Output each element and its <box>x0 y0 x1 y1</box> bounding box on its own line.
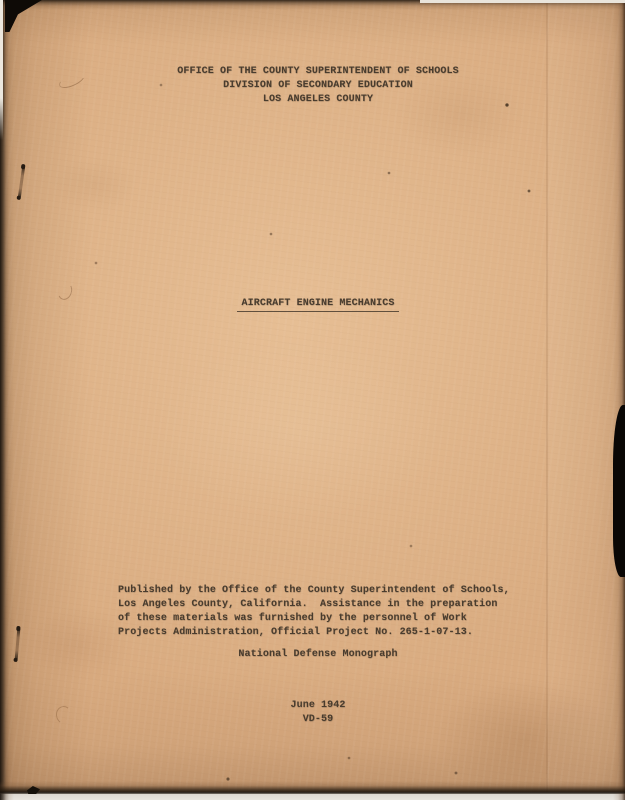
scanned-document-page: OFFICE OF THE COUNTY SUPERINTENDENT OF S… <box>0 0 625 800</box>
scan-edge-right <box>613 0 625 800</box>
letterhead: OFFICE OF THE COUNTY SUPERINTENDENT OF S… <box>11 65 625 107</box>
scan-bed-strip <box>0 792 625 800</box>
letterhead-line-2: DIVISION OF SECONDARY EDUCATION <box>11 79 625 93</box>
torn-corner-mark <box>5 0 42 32</box>
staple-mark <box>18 166 25 198</box>
paper-stains <box>0 0 625 800</box>
scan-edge-left <box>0 0 14 800</box>
letterhead-line-3: LOS ANGELES COUNTY <box>11 93 625 107</box>
scanner-light-strip-top <box>420 0 625 3</box>
series-name: National Defense Monograph <box>11 648 625 662</box>
scan-edge-top <box>0 0 625 10</box>
paper-speckles <box>0 0 2 2</box>
right-edge-ink-blot <box>613 405 625 577</box>
colophon: June 1942 VD-59 <box>11 699 625 727</box>
letterhead-line-1: OFFICE OF THE COUNTY SUPERINTENDENT OF S… <box>11 65 625 79</box>
title-block: AIRCRAFT ENGINE MECHANICS <box>11 297 625 312</box>
document-number: VD-59 <box>11 713 625 727</box>
document-title: AIRCRAFT ENGINE MECHANICS <box>237 297 398 312</box>
publication-note: Published by the Office of the County Su… <box>118 584 510 640</box>
scan-edge-bottom <box>0 781 625 794</box>
paper-crease-line <box>546 0 549 800</box>
publication-date: June 1942 <box>11 699 625 713</box>
bottom-edge-mark <box>27 786 40 794</box>
scanner-light-strip-left <box>0 0 3 140</box>
paper-crease-shading <box>549 0 625 800</box>
